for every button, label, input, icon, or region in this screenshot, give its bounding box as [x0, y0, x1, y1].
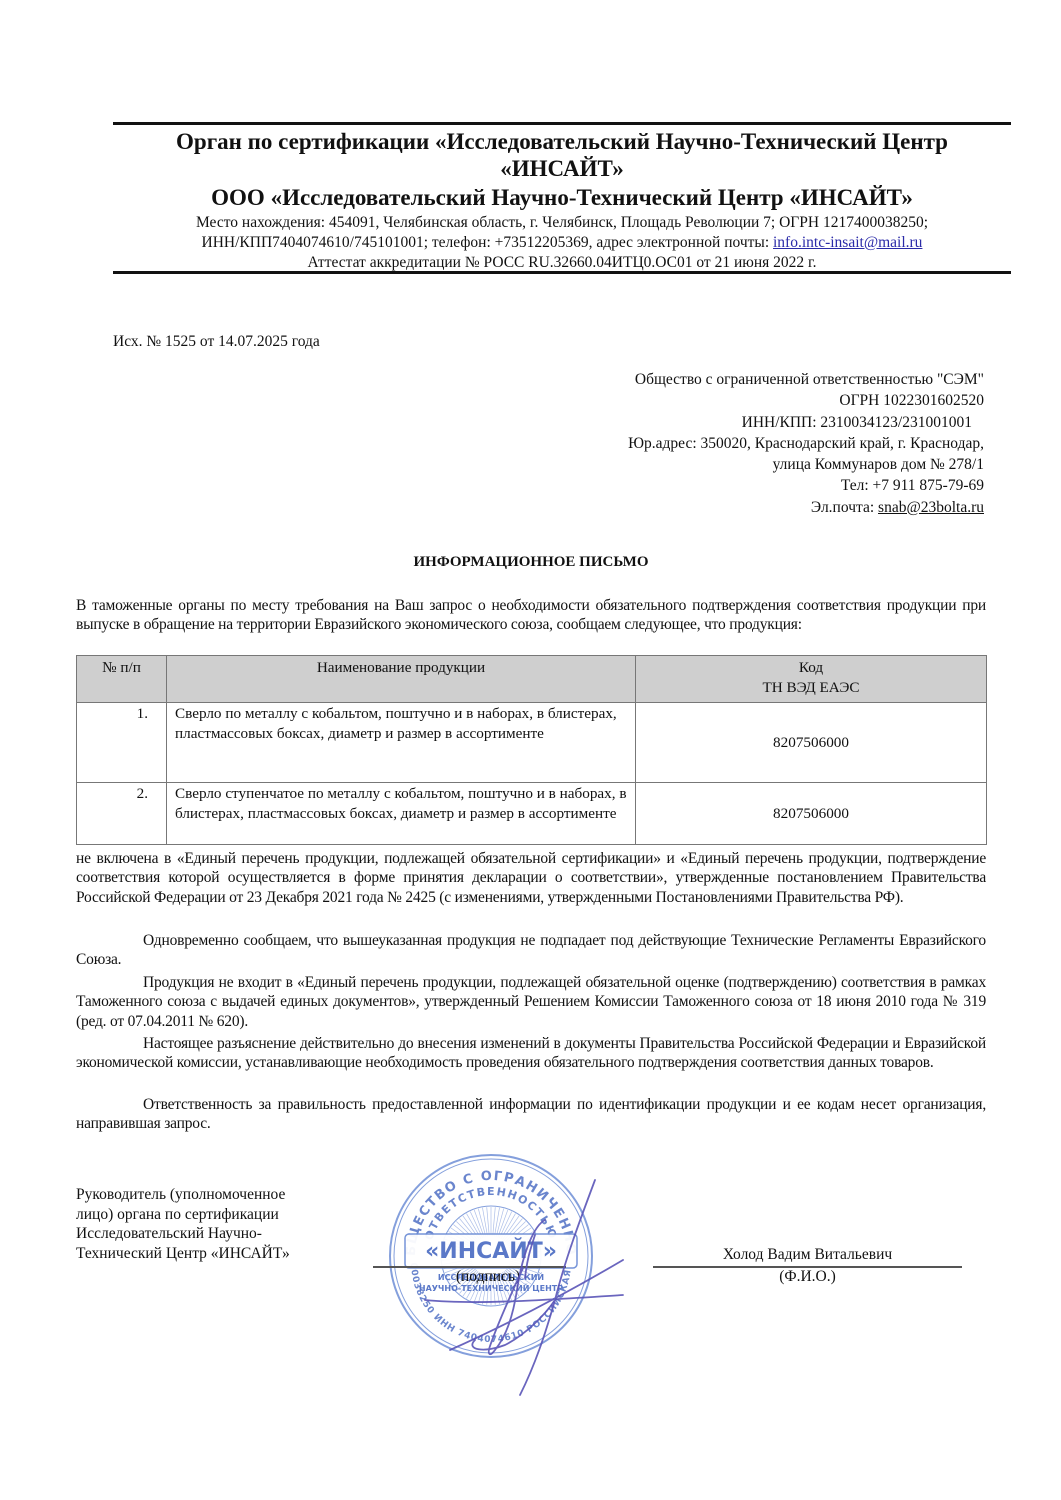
handwritten-signature-icon — [395, 1150, 625, 1400]
header-code: Код ТН ВЭД ЕАЭС — [636, 656, 987, 703]
addressee-phone: Тел: +7 911 875-79-69 — [628, 475, 984, 496]
addressee-block: Общество с ограниченной ответственностью… — [628, 369, 984, 518]
row-product-name: Сверло по металлу с кобальтом, поштучно … — [167, 703, 636, 783]
paragraph-responsibility: Ответственность за правильность предоста… — [76, 1095, 986, 1134]
outgoing-reference: Исх. № 1525 от 14.07.2025 года — [113, 333, 320, 351]
addressee-email-row: Эл.почта: snab@23bolta.ru — [628, 497, 984, 518]
row-product-name: Сверло ступенчатое по металлу с кобальто… — [167, 783, 636, 845]
products-table: № п/п Наименование продукции Код ТН ВЭД … — [76, 655, 987, 845]
company-email-link[interactable]: info.intc-insait@mail.ru — [773, 234, 922, 251]
paragraph-not-included: не включена в «Единый перечень продукции… — [76, 849, 986, 907]
company-location: Место нахождения: 454091, Челябинская об… — [113, 213, 1011, 232]
addressee-address-line2: улица Коммунаров дом № 278/1 — [628, 454, 984, 475]
addressee-email-link[interactable]: snab@23bolta.ru — [878, 499, 984, 516]
contacts-text: ИНН/КПП7404074610/745101001; телефон: +7… — [202, 234, 773, 251]
letterhead-bottom-rule — [113, 271, 1011, 274]
certification-body-title: Орган по сертификации «Исследовательский… — [113, 128, 1011, 155]
addressee-inn-kpp: ИНН/КПП: 2310034123/231001001 — [628, 412, 984, 433]
signer-full-name: Холод Вадим Витальевич — [653, 1246, 962, 1264]
company-name: ООО «Исследовательский Научно-Технически… — [113, 184, 1011, 211]
table-row: 1. Сверло по металлу с кобальтом, поштуч… — [77, 703, 987, 783]
header-code-line1: Код — [642, 658, 980, 678]
row-number: 1. — [77, 703, 167, 783]
accreditation-certificate: Аттестат аккредитации № РОСС RU.32660.04… — [113, 253, 1011, 272]
paragraph-validity: Настоящее разъяснение действительно до в… — [76, 1034, 986, 1073]
header-product-name: Наименование продукции — [167, 656, 636, 703]
addressee-ogrn: ОГРН 1022301602520 — [628, 390, 984, 411]
signer-line: Исследовательский Научно- — [76, 1224, 290, 1244]
header-code-line2: ТН ВЭД ЕАЭС — [642, 678, 980, 698]
signer-line: Руководитель (уполномоченное — [76, 1185, 290, 1205]
signer-line: лицо) органа по сертификации — [76, 1205, 290, 1225]
company-contacts: ИНН/КПП7404074610/745101001; телефон: +7… — [113, 233, 1011, 252]
header-number: № п/п — [77, 656, 167, 703]
letterhead-top-rule — [113, 122, 1011, 125]
table-row: 2. Сверло ступенчатое по металлу с кобал… — [77, 783, 987, 845]
signer-position: Руководитель (уполномоченное лицо) орган… — [76, 1185, 290, 1263]
paragraph-customs-union: Продукция не входит в «Единый перечень п… — [76, 973, 986, 1031]
row-tnved-code: 8207506000 — [636, 783, 987, 845]
signer-line: Технический Центр «ИНСАЙТ» — [76, 1244, 290, 1264]
name-caption: (Ф.И.О.) — [653, 1268, 962, 1286]
addressee-name: Общество с ограниченной ответственностью… — [628, 369, 984, 390]
paragraph-tech-regulations: Одновременно сообщаем, что вышеуказанная… — [76, 931, 986, 970]
row-tnved-code: 8207506000 — [636, 703, 987, 783]
intro-paragraph: В таможенные органы по месту требования … — [76, 596, 986, 635]
row-number: 2. — [77, 783, 167, 845]
addressee-email-label: Эл.почта: — [811, 499, 878, 516]
table-header-row: № п/п Наименование продукции Код ТН ВЭД … — [77, 656, 987, 703]
document-title: ИНФОРМАЦИОННОЕ ПИСЬМО — [76, 554, 986, 571]
addressee-address-line1: Юр.адрес: 350020, Краснодарский край, г.… — [628, 433, 984, 454]
certification-body-title-line2: «ИНСАЙТ» — [113, 155, 1011, 182]
